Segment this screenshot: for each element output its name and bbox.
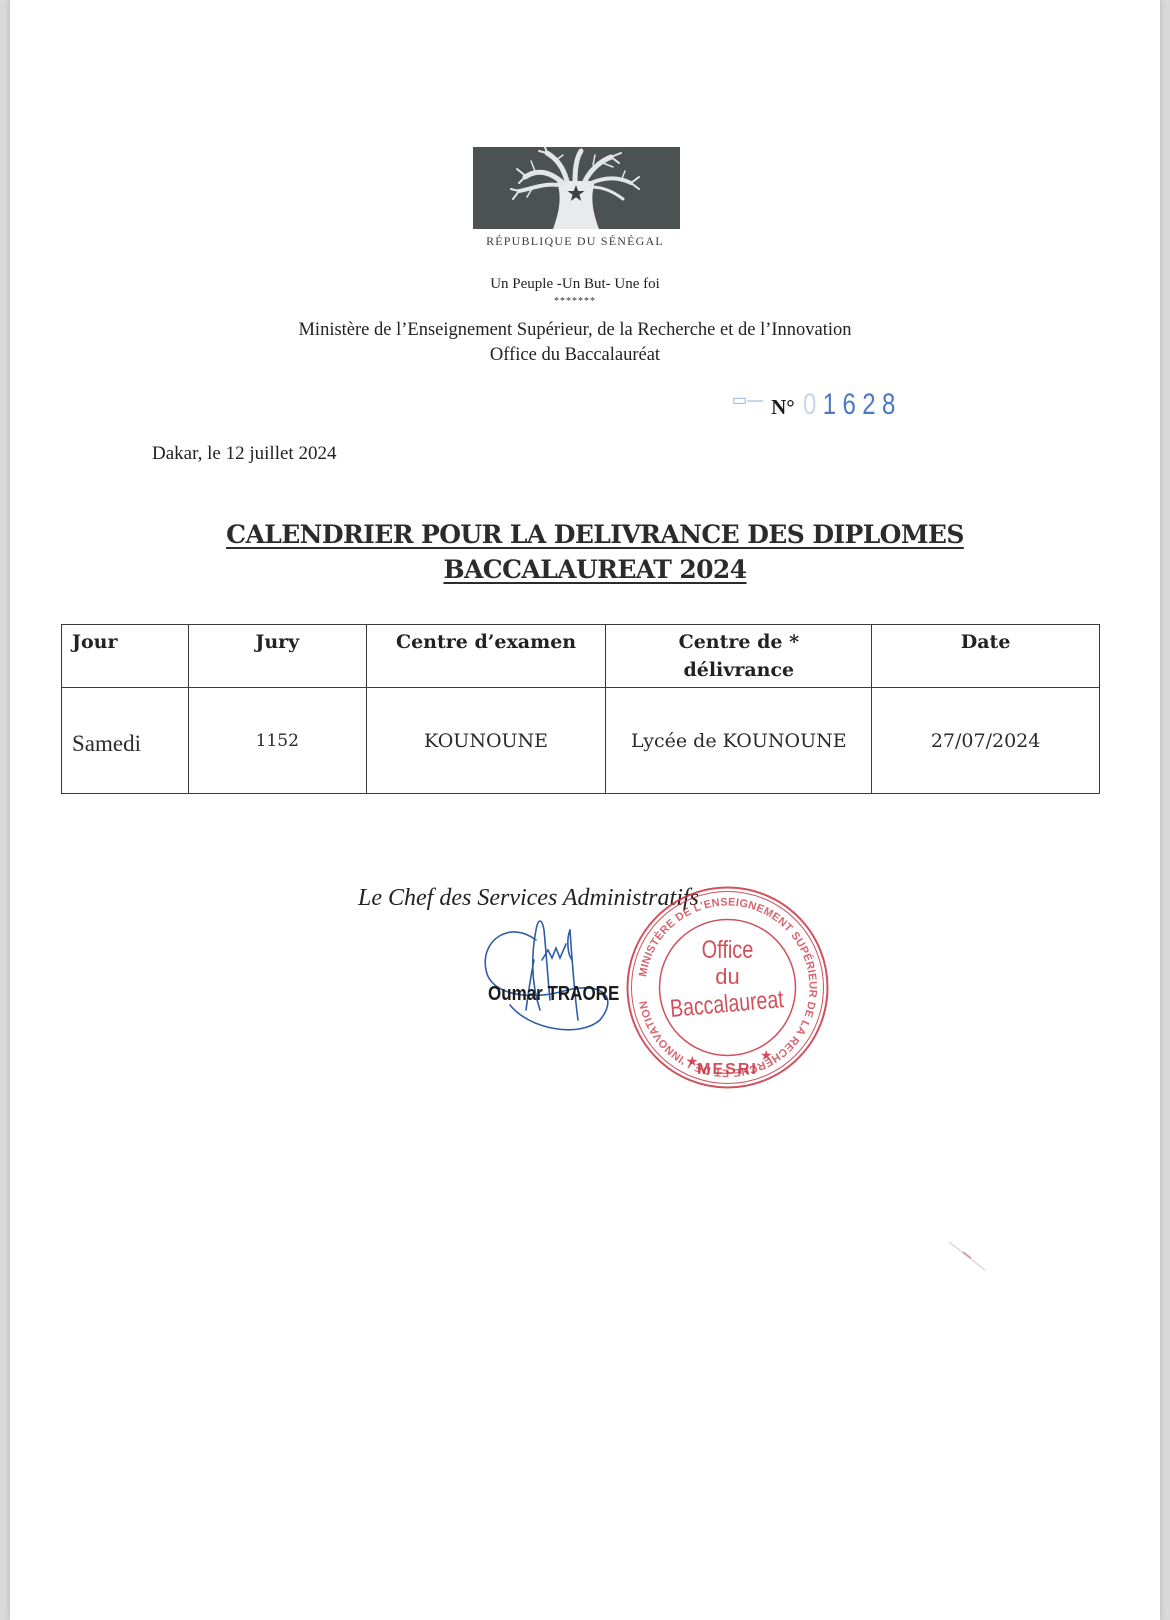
cell-centre-delivrance: Lycée de KOUNOUNE <box>606 688 872 794</box>
cell-jour: Samedi <box>62 688 189 794</box>
official-office-stamp-icon: MINISTÈRE DE L'ENSEIGNEMENT SUPÉRIEUR DE… <box>620 880 835 1100</box>
column-header-date: Date <box>872 625 1100 688</box>
place-and-date: Dakar, le 12 juillet 2024 <box>152 443 336 465</box>
table-header-row: Jour Jury Centre d’examen Centre de * dé… <box>62 625 1100 688</box>
column-header-centre-examen: Centre d’examen <box>366 625 606 688</box>
column-header-jury: Jury <box>188 625 366 688</box>
title-line-2: BACCALAUREAT 2024 <box>443 555 746 584</box>
cell-centre-examen: KOUNOUNE <box>366 688 606 794</box>
reference-number: ▭— N° 01628 <box>732 382 926 422</box>
signatory-name: Oumar TRAORE <box>488 983 619 1006</box>
delivery-calendar-table: Jour Jury Centre d’examen Centre de * dé… <box>61 624 1100 794</box>
document-title: CALENDRIER POUR LA DELIVRANCE DES DIPLOM… <box>110 517 1080 587</box>
document-page: RÉPUBLIQUE DU SÉNÉGAL Un Peuple -Un But-… <box>10 0 1160 1620</box>
republic-label: RÉPUBLIQUE DU SÉNÉGAL <box>450 234 700 249</box>
title-line-1: CALENDRIER POUR LA DELIVRANCE DES DIPLOM… <box>226 520 964 549</box>
baobab-star-emblem-icon <box>473 147 680 229</box>
separator: ******* <box>410 296 740 307</box>
cell-jury: 1152 <box>188 688 366 794</box>
stray-ink-mark-icon <box>945 1238 1005 1283</box>
stamp-line-2: du <box>715 964 739 989</box>
stamp-line-3: Baccalaureat <box>669 985 785 1023</box>
cell-date: 27/07/2024 <box>872 688 1100 794</box>
stamp-star-right-icon: ★ <box>760 1047 773 1063</box>
column-header-jour: Jour <box>62 625 189 688</box>
stamp-dash-icon: ▭— <box>732 390 763 410</box>
stamp-bottom-text: MESRI <box>697 1061 758 1078</box>
reference-digit-value: 1628 <box>822 388 901 421</box>
reference-digits: 01628 <box>803 388 902 422</box>
column-header-centre-delivrance: Centre de * délivrance <box>606 625 872 688</box>
national-motto: Un Peuple -Un But- Une foi <box>410 276 740 293</box>
reference-digit-faint: 0 <box>803 388 823 421</box>
office-name: Office du Baccalauréat <box>190 345 960 366</box>
reference-label: N° <box>771 395 795 420</box>
stamp-star-left-icon: ★ <box>686 1053 699 1069</box>
table-row: Samedi 1152 KOUNOUNE Lycée de KOUNOUNE 2… <box>62 688 1100 794</box>
header-line: Centre de * <box>679 631 799 653</box>
ministry-name: Ministère de l’Enseignement Supérieur, d… <box>190 320 960 341</box>
stamp-line-1: Office <box>702 936 754 964</box>
header-line: délivrance <box>683 659 794 681</box>
